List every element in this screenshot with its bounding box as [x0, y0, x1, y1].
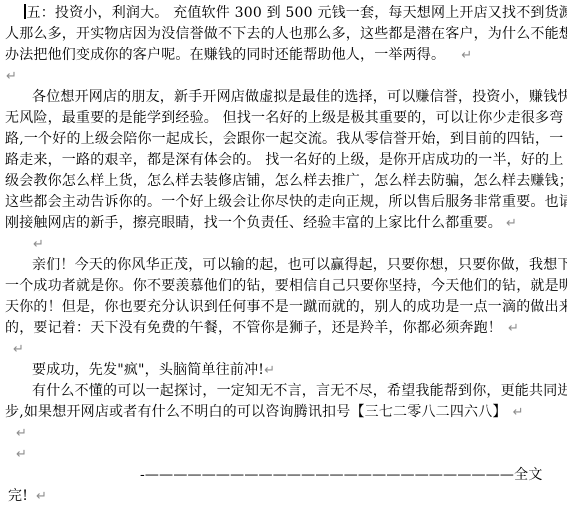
- line-text: 有什么不懂的可以一起探讨，一定知无不言，言无不尽，希望我能帮到你，更能共同进: [32, 383, 567, 399]
- text-line[interactable]: 级会教你怎么样上货，怎么样去装修店铺，怎么样去推广，怎么样去防骗，怎么样去赚钱；: [0, 171, 567, 192]
- text-line[interactable]: 一个成功者就是你。你不要羡慕他们的钻，要相信自己只要你坚持，今天他们的钻，就是明: [0, 276, 567, 297]
- text-line[interactable]: 步,如果想开网店或者有什么不明白的可以咨询腾讯扣号【三七二零八二四六八】↵: [0, 402, 567, 423]
- paragraph-mark-icon: ↵: [16, 426, 27, 441]
- paragraph-mark-icon: ↵: [461, 48, 472, 63]
- line-text: 一个成功者就是你。你不要羡慕他们的钻，要相信自己只要你坚持，今天他们的钻，就是明: [5, 278, 567, 294]
- text-cursor: [24, 4, 26, 19]
- text-line[interactable]: 五：投资小，利润大。 充值软件 300 到 500 元钱一套，每天想网上开店又找…: [0, 3, 567, 24]
- line-text: 的，要记着：天下没有免费的午餐，不管你是狮子，还是羚羊，你都必须奔跑！: [5, 320, 502, 336]
- text-line[interactable]: 有什么不懂的可以一起探讨，一定知无不言，言无不尽，希望我能帮到你，更能共同进: [0, 381, 567, 402]
- line-text: 步,如果想开网店或者有什么不明白的可以咨询腾讯扣号【三七二零八二四六八】: [5, 404, 507, 420]
- line-text: -——————————————————————————全文: [140, 467, 543, 483]
- text-line[interactable]: 人那么多，开实物店因为没信誉做不下去的人也那么多，这些都是潜在客户，为什么不能想: [0, 24, 567, 45]
- line-text: 这些都会主动告诉你的。一个好上级会让你尽快的走向正规，所以售后服务非常重要。也请: [5, 194, 567, 210]
- line-text: 要成功，先发"疯"，头脑简单往前冲!: [32, 362, 264, 378]
- line-text: 天你的！但是，你也要充分认识到任何事不是一蹴而就的，别人的成功是一点一滴的做出来: [5, 299, 567, 315]
- paragraph-mark-icon: ↵: [6, 69, 17, 84]
- empty-line[interactable]: ↵: [0, 444, 567, 465]
- paragraph-mark-icon: ↵: [264, 363, 275, 378]
- line-text: 亲们！今天的你风华正茂，可以输的起，也可以赢得起，只要你想，只要你做，我想下: [32, 257, 567, 273]
- line-text: 办法把他们变成你的客户呢。在赚钱的同时还能帮助他人，一举两得。: [5, 47, 445, 63]
- line-text: 五：投资小，利润大。 充值软件 300 到 500 元钱一套，每天想网上开店又找…: [27, 5, 567, 21]
- empty-line[interactable]: ↵: [0, 66, 567, 87]
- paragraph-mark-icon: ↵: [506, 216, 517, 231]
- line-text: 各位想开网店的朋友，新手开网店做虚拟是最佳的选择，可以赚信誉，投资小，赚钱快，: [32, 89, 567, 105]
- text-line[interactable]: 天你的！但是，你也要充分认识到任何事不是一蹴而就的，别人的成功是一点一滴的做出来: [0, 297, 567, 318]
- paragraph-mark-icon: ↵: [36, 489, 47, 504]
- text-line[interactable]: 路走来，一路的艰辛，都是深有体会的。 找一名好的上级，是你开店成功的一半，好的上: [0, 150, 567, 171]
- paragraph-mark-icon: ↵: [508, 321, 519, 336]
- line-text: 无风险，最重要的是能学到经验。 但找一名好的上级是极其重要的，可以让你少走很多弯: [5, 110, 563, 126]
- document-body[interactable]: 五：投资小，利润大。 充值软件 300 到 500 元钱一套，每天想网上开店又找…: [0, 3, 567, 507]
- line-text: 路走来，一路的艰辛，都是深有体会的。 找一名好的上级，是你开店成功的一半，好的上: [5, 152, 563, 168]
- empty-line[interactable]: ↵: [0, 423, 567, 444]
- text-line[interactable]: 路,一个好的上级会陪你一起成长，会跟你一起交流。我从零信誉开始，到目前的四钻，一: [0, 129, 567, 150]
- text-line[interactable]: 要成功，先发"疯"，头脑简单往前冲!↵: [0, 360, 567, 381]
- paragraph-mark-icon: ↵: [13, 342, 24, 357]
- text-line[interactable]: -——————————————————————————全文: [0, 465, 567, 486]
- text-line[interactable]: 各位想开网店的朋友，新手开网店做虚拟是最佳的选择，可以赚信誉，投资小，赚钱快，: [0, 87, 567, 108]
- paragraph-mark-icon: ↵: [513, 405, 524, 420]
- line-text: 完!: [8, 488, 28, 504]
- text-line[interactable]: 这些都会主动告诉你的。一个好上级会让你尽快的走向正规，所以售后服务非常重要。也请: [0, 192, 567, 213]
- line-text: 路,一个好的上级会陪你一起成长，会跟你一起交流。我从零信誉开始，到目前的四钻，一: [5, 131, 563, 147]
- document-page: 五：投资小，利润大。 充值软件 300 到 500 元钱一套，每天想网上开店又找…: [0, 0, 567, 510]
- text-line[interactable]: 无风险，最重要的是能学到经验。 但找一名好的上级是极其重要的，可以让你少走很多弯: [0, 108, 567, 129]
- text-line[interactable]: 的，要记着：天下没有免费的午餐，不管你是狮子，还是羚羊，你都必须奔跑！↵: [0, 318, 567, 339]
- text-line[interactable]: 办法把他们变成你的客户呢。在赚钱的同时还能帮助他人，一举两得。↵: [0, 45, 567, 66]
- paragraph-mark-icon: ↵: [16, 447, 27, 462]
- empty-line[interactable]: ↵: [0, 234, 567, 255]
- line-text: 刚接触网店的新手，擦亮眼睛，找一个负责任、经验丰富的上家比什么都重要。: [5, 215, 502, 231]
- empty-line[interactable]: ↵: [0, 339, 567, 360]
- line-text: 人那么多，开实物店因为没信誉做不下去的人也那么多，这些都是潜在客户，为什么不能想: [5, 26, 567, 42]
- text-line[interactable]: 完!↵: [0, 486, 567, 507]
- text-line[interactable]: 刚接触网店的新手，擦亮眼睛，找一个负责任、经验丰富的上家比什么都重要。↵: [0, 213, 567, 234]
- line-text: 级会教你怎么样上货，怎么样去装修店铺，怎么样去推广，怎么样去防骗，怎么样去赚钱；: [5, 173, 567, 189]
- text-line[interactable]: 亲们！今天的你风华正茂，可以输的起，也可以赢得起，只要你想，只要你做，我想下: [0, 255, 567, 276]
- paragraph-mark-icon: ↵: [33, 237, 44, 252]
